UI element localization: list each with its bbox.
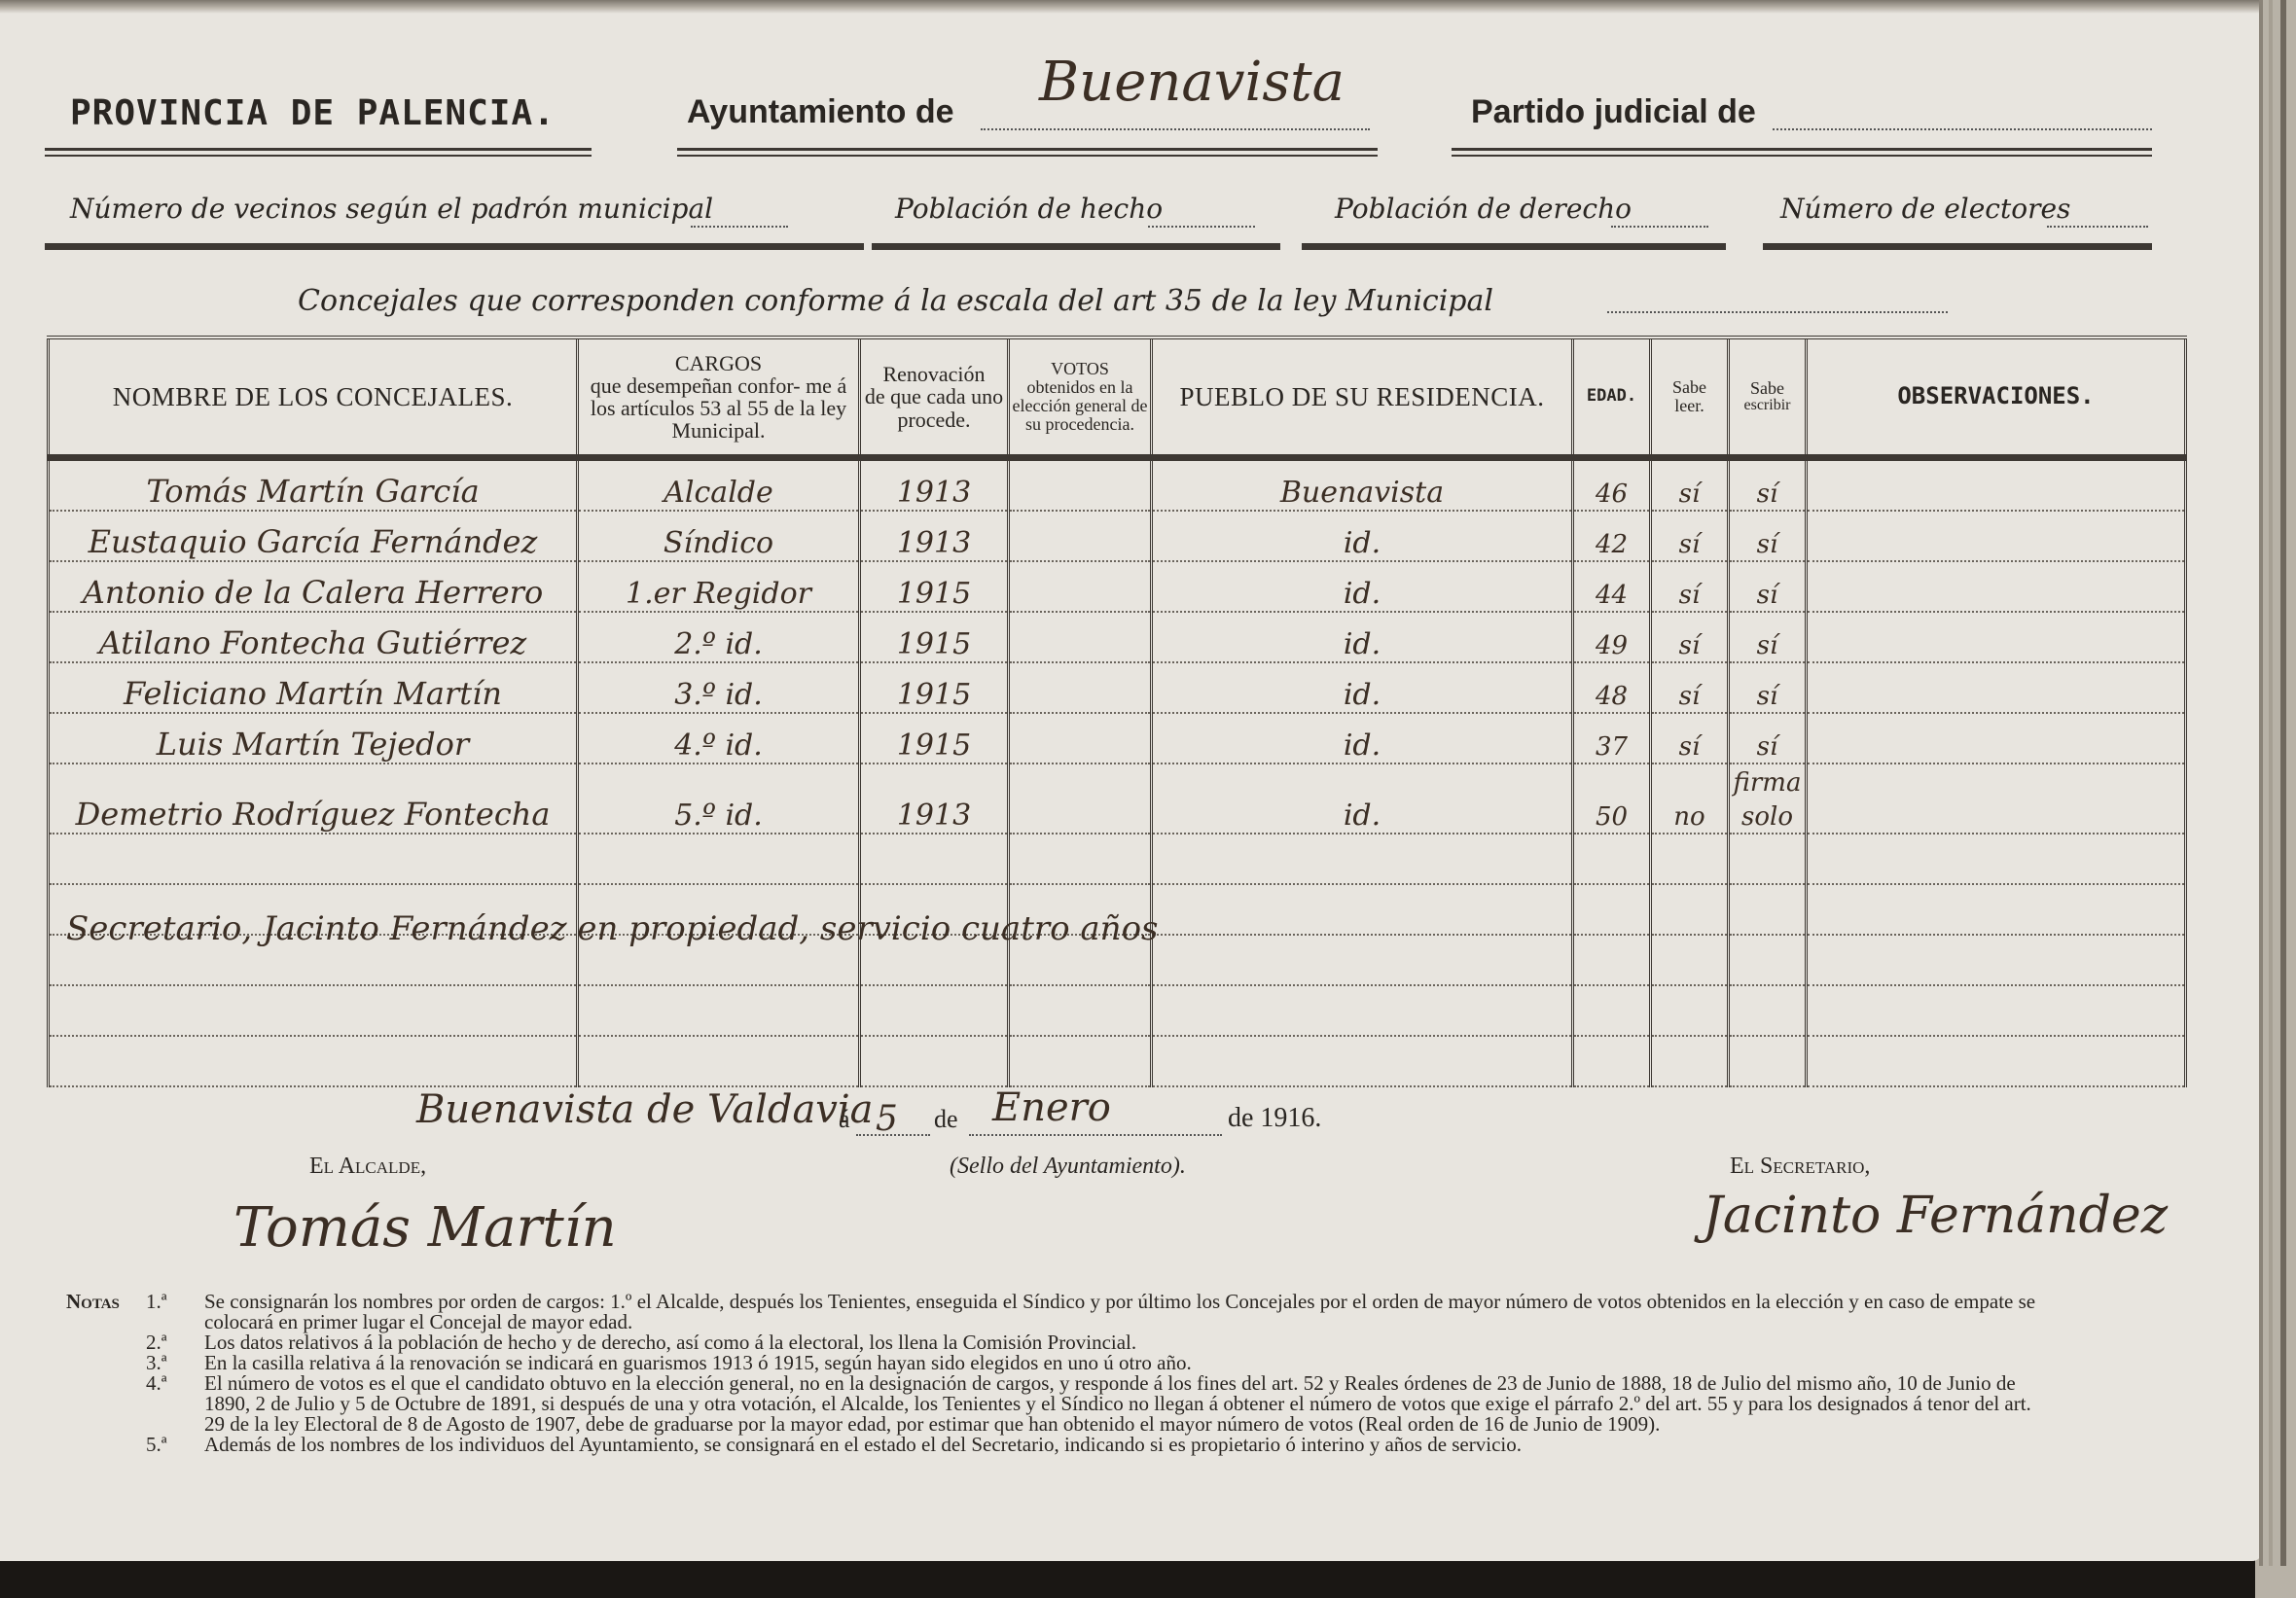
table-row xyxy=(49,985,2186,1036)
cell-pueblo-value: id. xyxy=(1344,577,1381,611)
cell-leer[interactable]: no xyxy=(1651,763,1729,834)
cell-edad[interactable] xyxy=(1573,1036,1651,1086)
cell-observaciones[interactable] xyxy=(1807,985,2186,1036)
cell-edad[interactable] xyxy=(1573,884,1651,935)
dateline-place: Buenavista de Valdavia xyxy=(416,1087,874,1132)
cell-renovacion[interactable] xyxy=(860,834,1009,884)
cell-cargo-value: 5.º id. xyxy=(674,799,763,833)
cell-pueblo-value: id. xyxy=(1344,627,1381,661)
cell-leer[interactable] xyxy=(1651,985,1729,1036)
note-text: En la casilla relativa á la renovación s… xyxy=(204,1353,2051,1373)
col-header-nombre: NOMBRE DE LOS CONCEJALES. xyxy=(49,337,578,458)
cell-pueblo[interactable]: Buenavista xyxy=(1152,458,1573,512)
cell-edad[interactable] xyxy=(1573,985,1651,1036)
col-header-renovacion: Renovaciónde que cada uno procede. xyxy=(860,337,1009,458)
hecho-field[interactable] xyxy=(1148,204,1255,228)
cell-nombre-value: Eustaquio García Fernández xyxy=(89,523,538,560)
cell-nombre-value: Luis Martín Tejedor xyxy=(157,726,469,763)
cell-edad[interactable]: 46 xyxy=(1573,458,1651,512)
cell-cargo-value: 4.º id. xyxy=(674,728,763,763)
alcalde-label: El Alcalde, xyxy=(309,1154,426,1180)
cell-renovacion[interactable]: 1913 xyxy=(860,763,1009,834)
cell-nombre-value: Atilano Fontecha Gutiérrez xyxy=(99,624,527,661)
cell-observaciones[interactable] xyxy=(1807,662,2186,713)
cell-pueblo[interactable] xyxy=(1152,1036,1573,1086)
cell-pueblo[interactable]: id. xyxy=(1152,713,1573,763)
table-row: Demetrio Rodríguez Fontecha5.º id.1913id… xyxy=(49,763,2186,834)
table-row: Feliciano Martín Martín3.º id.1915id.48s… xyxy=(49,662,2186,713)
cell-leer-value: no xyxy=(1673,802,1704,832)
cell-leer-value: sí xyxy=(1679,732,1701,762)
concejales-table: NOMBRE DE LOS CONCEJALES. CARGOSque dese… xyxy=(47,336,2187,1087)
cell-edad-value: 50 xyxy=(1596,802,1628,832)
electores-field[interactable] xyxy=(2047,204,2148,228)
secretario-note: Secretario, Jacinto Fernández en propied… xyxy=(66,909,1158,948)
cell-leer[interactable] xyxy=(1651,834,1729,884)
cell-renovacion[interactable]: 1913 xyxy=(860,511,1009,561)
cell-nombre-value: Tomás Martín García xyxy=(146,473,479,510)
cell-nombre[interactable]: Luis Martín Tejedor xyxy=(49,713,578,763)
sello-label: (Sello del Ayuntamiento). xyxy=(950,1154,1186,1180)
cell-escribir[interactable]: sí xyxy=(1729,612,1807,662)
cell-nombre[interactable]: Feliciano Martín Martín xyxy=(49,662,578,713)
table-row: Eustaquio García FernándezSíndico1913id.… xyxy=(49,511,2186,561)
rule xyxy=(1452,148,2152,157)
rule xyxy=(1763,243,2152,250)
page-edge xyxy=(2259,0,2263,1566)
cell-renovacion-value: 1915 xyxy=(897,627,971,661)
table-row: Antonio de la Calera Herrero1.er Regidor… xyxy=(49,561,2186,612)
day-value: 5 xyxy=(876,1099,898,1139)
note-text: El número de votos es el que el candidat… xyxy=(204,1373,2051,1435)
note-item: 4.ª El número de votos es el que el cand… xyxy=(66,1373,2051,1435)
cell-observaciones[interactable] xyxy=(1807,935,2186,985)
cell-pueblo-value: id. xyxy=(1344,728,1381,763)
day-field[interactable]: 5 xyxy=(856,1113,930,1136)
cell-votos[interactable] xyxy=(1009,458,1152,512)
cell-nombre-value: Feliciano Martín Martín xyxy=(124,675,502,712)
cell-nombre[interactable] xyxy=(49,985,578,1036)
cell-leer[interactable]: sí xyxy=(1651,713,1729,763)
cell-escribir[interactable] xyxy=(1729,935,1807,985)
cell-escribir[interactable]: sí xyxy=(1729,561,1807,612)
cell-pueblo[interactable]: id. xyxy=(1152,763,1573,834)
table-row: Luis Martín Tejedor4.º id.1915id.37sísí xyxy=(49,713,2186,763)
cell-renovacion[interactable] xyxy=(860,985,1009,1036)
cell-pueblo[interactable] xyxy=(1152,985,1573,1036)
secretario-label: El Secretario, xyxy=(1730,1154,1870,1180)
note-text: Además de los nombres de los individuos … xyxy=(204,1435,2051,1455)
cell-votos[interactable] xyxy=(1009,561,1152,612)
cell-observaciones[interactable] xyxy=(1807,458,2186,512)
note-number: 2.ª xyxy=(146,1332,204,1353)
notes-label: Notas xyxy=(66,1292,146,1332)
cell-observaciones[interactable] xyxy=(1807,834,2186,884)
note-text: Se consignarán los nombres por orden de … xyxy=(204,1292,2051,1332)
rule xyxy=(45,243,864,250)
cell-pueblo-value: Buenavista xyxy=(1280,476,1444,510)
cell-nombre[interactable]: Antonio de la Calera Herrero xyxy=(49,561,578,612)
cell-escribir-value: sí xyxy=(1757,631,1778,660)
cell-leer[interactable]: sí xyxy=(1651,612,1729,662)
hecho-label: Población de hecho xyxy=(895,193,1163,225)
page-edge xyxy=(2280,0,2286,1566)
note-number: 4.ª xyxy=(146,1373,204,1435)
cell-pueblo[interactable]: id. xyxy=(1152,612,1573,662)
cell-edad[interactable]: 49 xyxy=(1573,612,1651,662)
cell-edad-value: 42 xyxy=(1596,530,1628,559)
cell-observaciones[interactable] xyxy=(1807,763,2186,834)
vecinos-field[interactable] xyxy=(691,204,788,228)
cell-escribir[interactable]: sí xyxy=(1729,458,1807,512)
cell-votos[interactable] xyxy=(1009,763,1152,834)
note-number: 1.ª xyxy=(146,1292,204,1332)
cell-escribir[interactable]: sí xyxy=(1729,713,1807,763)
note-item: 3.ª En la casilla relativa á la renovaci… xyxy=(66,1353,2051,1373)
cell-votos[interactable] xyxy=(1009,511,1152,561)
cell-renovacion[interactable]: 1915 xyxy=(860,662,1009,713)
dateline-year: de 1916. xyxy=(1228,1103,1321,1134)
ayuntamiento-value: Buenavista xyxy=(1039,51,1345,114)
cell-renovacion-value: 1913 xyxy=(897,476,971,510)
cell-edad-value: 48 xyxy=(1596,682,1628,711)
cell-edad-value: 49 xyxy=(1596,631,1628,660)
dateline-a: á xyxy=(839,1105,850,1134)
derecho-label: Población de derecho xyxy=(1335,193,1632,225)
col-header-votos: VOTOSobtenidos en la elección general de… xyxy=(1009,337,1152,458)
cell-nombre-value: Demetrio Rodríguez Fontecha xyxy=(76,796,551,833)
cell-renovacion[interactable] xyxy=(860,1036,1009,1086)
cell-edad[interactable]: 44 xyxy=(1573,561,1651,612)
cell-cargo[interactable]: 5.º id. xyxy=(578,763,860,834)
cell-nombre[interactable] xyxy=(49,1036,578,1086)
cell-pueblo[interactable]: id. xyxy=(1152,561,1573,612)
cell-escribir[interactable] xyxy=(1729,1036,1807,1086)
table-row xyxy=(49,834,2186,884)
month-field[interactable]: Enero xyxy=(969,1113,1222,1136)
cell-cargo-value: 3.º id. xyxy=(674,678,763,712)
partido-label: Partido judicial de xyxy=(1471,93,1756,131)
cell-escribir[interactable] xyxy=(1729,884,1807,935)
ayuntamiento-label: Ayuntamiento de xyxy=(687,93,954,131)
table-header-row: NOMBRE DE LOS CONCEJALES. CARGOSque dese… xyxy=(49,337,2186,458)
cell-cargo[interactable] xyxy=(578,985,860,1036)
cell-escribir-value: sí xyxy=(1757,581,1778,610)
alcalde-signature: Tomás Martín xyxy=(233,1196,617,1260)
note-text: Los datos relativos á la población de he… xyxy=(204,1332,2051,1353)
cell-edad[interactable]: 48 xyxy=(1573,662,1651,713)
cell-renovacion[interactable]: 1915 xyxy=(860,612,1009,662)
col-header-escribir: Sabeescribir xyxy=(1729,337,1807,458)
cell-escribir-value: sí xyxy=(1757,682,1778,711)
page-edge xyxy=(2269,0,2273,1566)
cell-escribir[interactable]: firma solo xyxy=(1729,763,1807,834)
ayuntamiento-field[interactable]: Buenavista xyxy=(981,89,1370,130)
cell-edad[interactable] xyxy=(1573,935,1651,985)
cell-cargo[interactable]: 4.º id. xyxy=(578,713,860,763)
cell-pueblo-value: id. xyxy=(1344,799,1381,833)
cell-votos[interactable] xyxy=(1009,834,1152,884)
cell-leer[interactable]: sí xyxy=(1651,458,1729,512)
dateline-de: de xyxy=(934,1105,958,1134)
cell-leer[interactable]: sí xyxy=(1651,662,1729,713)
cell-nombre[interactable]: Tomás Martín García xyxy=(49,458,578,512)
cell-pueblo[interactable]: id. xyxy=(1152,511,1573,561)
cell-escribir-value: sí xyxy=(1757,530,1778,559)
cell-edad-value: 46 xyxy=(1596,479,1628,509)
col-header-observaciones: OBSERVACIONES. xyxy=(1807,337,2186,458)
cell-cargo-value: 1.er Regidor xyxy=(626,577,811,611)
table-row: Tomás Martín GarcíaAlcalde1913Buenavista… xyxy=(49,458,2186,512)
cell-renovacion[interactable]: 1913 xyxy=(860,458,1009,512)
cell-pueblo[interactable]: id. xyxy=(1152,662,1573,713)
table-row: Atilano Fontecha Gutiérrez2.º id.1915id.… xyxy=(49,612,2186,662)
electores-label: Número de electores xyxy=(1780,193,2070,225)
cell-renovacion-value: 1913 xyxy=(897,526,971,560)
cell-pueblo[interactable] xyxy=(1152,935,1573,985)
cell-observaciones[interactable] xyxy=(1807,612,2186,662)
cell-cargo-value: 2.º id. xyxy=(674,627,763,661)
cell-cargo[interactable] xyxy=(578,834,860,884)
cell-edad-value: 44 xyxy=(1596,581,1628,610)
rule xyxy=(872,243,1280,250)
cell-escribir[interactable] xyxy=(1729,985,1807,1036)
cell-observaciones[interactable] xyxy=(1807,1036,2186,1086)
cell-observaciones[interactable] xyxy=(1807,884,2186,935)
cell-escribir-value: sí xyxy=(1757,732,1778,762)
col-header-edad: EDAD. xyxy=(1573,337,1651,458)
cell-cargo[interactable]: 2.º id. xyxy=(578,612,860,662)
derecho-field[interactable] xyxy=(1611,204,1708,228)
cell-pueblo-value: id. xyxy=(1344,678,1381,712)
cell-nombre[interactable]: Eustaquio García Fernández xyxy=(49,511,578,561)
rule xyxy=(677,148,1378,157)
note-item: 5.ª Además de los nombres de los individ… xyxy=(66,1435,2051,1455)
col-header-cargos: CARGOSque desempeñan confor- me á los ar… xyxy=(578,337,860,458)
cell-escribir-value: sí xyxy=(1757,479,1778,509)
cell-renovacion-value: 1915 xyxy=(897,728,971,763)
secretario-signature: Jacinto Fernández xyxy=(1703,1187,2168,1245)
table-row xyxy=(49,1036,2186,1086)
cell-leer[interactable] xyxy=(1651,884,1729,935)
cell-nombre[interactable]: Demetrio Rodríguez Fontecha xyxy=(49,763,578,834)
cell-edad[interactable]: 50 xyxy=(1573,763,1651,834)
cell-leer-value: sí xyxy=(1679,682,1701,711)
cell-edad-value: 37 xyxy=(1596,732,1628,762)
cell-leer[interactable]: sí xyxy=(1651,511,1729,561)
cell-edad[interactable]: 37 xyxy=(1573,713,1651,763)
rule xyxy=(45,148,592,157)
note-number: 3.ª xyxy=(146,1353,204,1373)
cell-observaciones[interactable] xyxy=(1807,713,2186,763)
partido-field[interactable] xyxy=(1773,97,2152,130)
cell-edad[interactable]: 42 xyxy=(1573,511,1651,561)
cell-cargo[interactable]: 3.º id. xyxy=(578,662,860,713)
cell-renovacion-value: 1915 xyxy=(897,577,971,611)
cell-votos[interactable] xyxy=(1009,985,1152,1036)
cell-votos[interactable] xyxy=(1009,1036,1152,1086)
notes-section: Notas 1.ª Se consignarán los nombres por… xyxy=(66,1292,2051,1455)
cell-cargo[interactable]: Alcalde xyxy=(578,458,860,512)
cell-votos[interactable] xyxy=(1009,662,1152,713)
cell-leer[interactable]: sí xyxy=(1651,561,1729,612)
cell-leer[interactable] xyxy=(1651,1036,1729,1086)
cell-votos[interactable] xyxy=(1009,713,1152,763)
cell-leer-value: sí xyxy=(1679,479,1701,509)
note-item: Notas 1.ª Se consignarán los nombres por… xyxy=(66,1292,2051,1332)
cell-cargo-value: Síndico xyxy=(664,526,773,560)
cell-escribir[interactable]: sí xyxy=(1729,511,1807,561)
concejales-label: Concejales que corresponden conforme á l… xyxy=(298,284,1493,318)
cell-cargo-value: Alcalde xyxy=(664,476,773,510)
cell-votos[interactable] xyxy=(1009,612,1152,662)
note-number: 5.ª xyxy=(146,1435,204,1455)
cell-leer-value: sí xyxy=(1679,581,1701,610)
document-page: PROVINCIA DE PALENCIA. Ayuntamiento de B… xyxy=(0,0,2262,1561)
concejales-field[interactable] xyxy=(1607,294,1948,313)
note-item: 2.ª Los datos relativos á la población d… xyxy=(66,1332,2051,1353)
vecinos-label: Número de vecinos según el padrón munici… xyxy=(70,193,713,225)
col-header-leer: Sabeleer. xyxy=(1651,337,1729,458)
cell-pueblo-value: id. xyxy=(1344,526,1381,560)
month-value: Enero xyxy=(992,1085,1111,1130)
cell-nombre-value: Antonio de la Calera Herrero xyxy=(83,574,543,611)
cell-leer-value: sí xyxy=(1679,631,1701,660)
cell-cargo[interactable] xyxy=(578,1036,860,1086)
cell-nombre[interactable] xyxy=(49,834,578,884)
cell-leer-value: sí xyxy=(1679,530,1701,559)
cell-escribir-value: firma solo xyxy=(1734,768,1802,832)
cell-nombre[interactable]: Atilano Fontecha Gutiérrez xyxy=(49,612,578,662)
cell-observaciones[interactable] xyxy=(1807,561,2186,612)
cell-renovacion[interactable]: 1915 xyxy=(860,713,1009,763)
cell-escribir[interactable] xyxy=(1729,834,1807,884)
cell-cargo[interactable]: Síndico xyxy=(578,511,860,561)
cell-pueblo[interactable] xyxy=(1152,884,1573,935)
cell-cargo[interactable]: 1.er Regidor xyxy=(578,561,860,612)
cell-escribir[interactable]: sí xyxy=(1729,662,1807,713)
cell-renovacion-value: 1913 xyxy=(897,799,971,833)
province-title: PROVINCIA DE PALENCIA. xyxy=(70,93,556,133)
cell-renovacion[interactable]: 1915 xyxy=(860,561,1009,612)
cell-leer[interactable] xyxy=(1651,935,1729,985)
cell-edad[interactable] xyxy=(1573,834,1651,884)
cell-pueblo[interactable] xyxy=(1152,834,1573,884)
rule xyxy=(1302,243,1726,250)
cell-observaciones[interactable] xyxy=(1807,511,2186,561)
cell-renovacion-value: 1915 xyxy=(897,678,971,712)
col-header-pueblo: PUEBLO DE SU RESIDENCIA. xyxy=(1152,337,1573,458)
